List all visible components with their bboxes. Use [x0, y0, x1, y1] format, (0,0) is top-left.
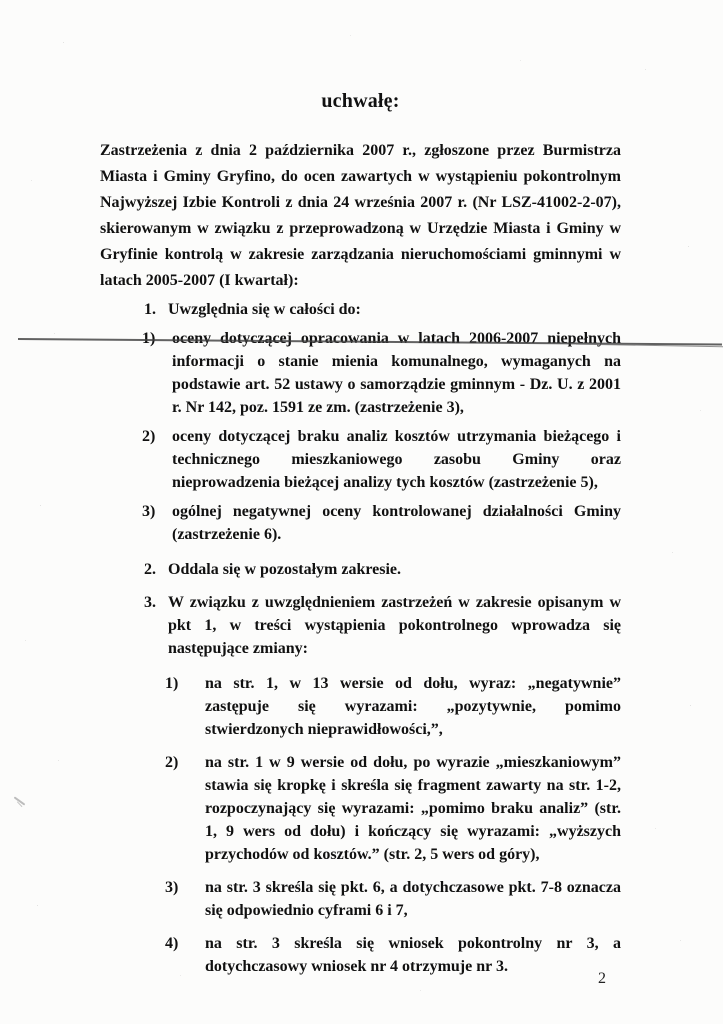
- list-item-3-1-number: 1): [165, 672, 205, 741]
- list-item-1-2-text: oceny dotyczącej braku analiz kosztów ut…: [172, 425, 621, 494]
- list-item-3-1: 1) na str. 1, w 13 wersie od dołu, wyraz…: [165, 672, 621, 741]
- list-item-2-number: 2.: [144, 558, 168, 581]
- intro-paragraph: Zastrzeżenia z dnia 2 października 2007 …: [100, 138, 621, 294]
- list-item-1-3-number: 3): [142, 500, 172, 546]
- list-item-3-3-number: 3): [165, 876, 205, 922]
- list-item-1-1: 1) oceny dotyczącej opracowania w latach…: [142, 327, 621, 419]
- list-item-3-2: 2) na str. 1 w 9 wersie od dołu, po wyra…: [165, 751, 621, 866]
- page-number: 2: [598, 970, 606, 988]
- list-item-3-text: W związku z uwzględnieniem zastrzeżeń w …: [168, 591, 621, 660]
- list-item-1-1-number: 1): [142, 327, 172, 419]
- list-item-1-number: 1.: [144, 298, 168, 321]
- list-item-3-1-text: na str. 1, w 13 wersie od dołu, wyraz: „…: [205, 672, 621, 741]
- list-item-1-1-text: oceny dotyczącej opracowania w latach 20…: [172, 327, 621, 419]
- list-item-3-3: 3) na str. 3 skreśla się pkt. 6, a dotyc…: [165, 876, 621, 922]
- document-heading: uchwałę:: [100, 88, 621, 114]
- list-item-1-2: 2) oceny dotyczącej braku analiz kosztów…: [142, 425, 621, 494]
- list-item-2-text: Oddala się w pozostałym zakresie.: [168, 558, 621, 581]
- list-item-1-2-number: 2): [142, 425, 172, 494]
- list-item-1-3: 3) ogólnej negatywnej oceny kontrolowane…: [142, 500, 621, 546]
- list-item-3-number: 3.: [144, 591, 168, 660]
- list-item-3-4-text: na str. 3 skreśla się wniosek pokontroln…: [205, 932, 621, 978]
- scanned-document-page: uchwałę: Zastrzeżenia z dnia 2 październ…: [0, 0, 723, 1024]
- list-item-3-2-text: na str. 1 w 9 wersie od dołu, po wyrazie…: [205, 751, 621, 866]
- list-item-3-3-text: na str. 3 skreśla się pkt. 6, a dotychcz…: [205, 876, 621, 922]
- list-item-3-2-number: 2): [165, 751, 205, 866]
- list-item-1: 1. Uwzględnia się w całości do:: [144, 298, 621, 321]
- pencil-mark: [14, 796, 26, 805]
- scan-noise: [0, 0, 1, 1]
- list-item-2: 2. Oddala się w pozostałym zakresie.: [144, 558, 621, 581]
- list-item-1-text: Uwzględnia się w całości do:: [168, 298, 621, 321]
- list-item-3-4: 4) na str. 3 skreśla się wniosek pokontr…: [165, 932, 621, 978]
- document-content: uchwałę: Zastrzeżenia z dnia 2 październ…: [100, 88, 621, 978]
- list-item-1-3-text: ogólnej negatywnej oceny kontrolowanej d…: [172, 500, 621, 546]
- list-item-3-4-number: 4): [165, 932, 205, 978]
- list-item-3: 3. W związku z uwzględnieniem zastrzeżeń…: [144, 591, 621, 660]
